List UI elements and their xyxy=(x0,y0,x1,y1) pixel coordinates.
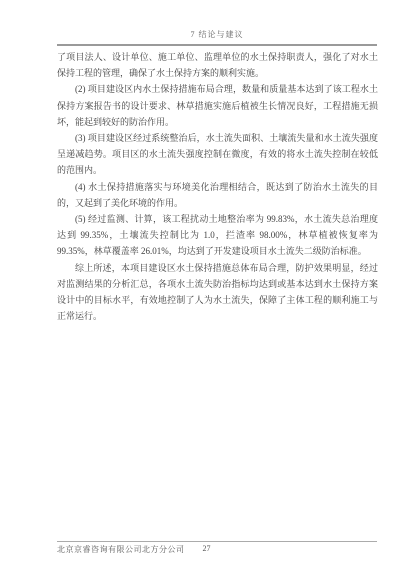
body-paragraph: 综上所述，本项目建设区水土保持措施总体布局合理，防护效果明显，经过对监测结果的分… xyxy=(57,260,378,325)
header-rule xyxy=(57,44,377,46)
document-page: 7 结论与建议 了项目法人、设计单位、施工单位、监理单位的水土保持职责人，强化了… xyxy=(0,0,413,584)
body-paragraph: (3) 项目建设区经过系统整治后，水土流失面积、土壤流失量和水土流失强度呈递减趋… xyxy=(57,130,378,179)
body-paragraph: 了项目法人、设计单位、施工单位、监理单位的水土保持职责人，强化了对水土保持工程的… xyxy=(57,49,378,81)
page-number: 27 xyxy=(0,544,413,553)
header-title: 7 结论与建议 xyxy=(57,29,377,40)
document-body: 了项目法人、设计单位、施工单位、监理单位的水土保持职责人，强化了对水土保持工程的… xyxy=(57,49,378,324)
body-paragraph: (2) 项目建设区内水土保持措施布局合理，数量和质量基本达到了该工程水土保持方案… xyxy=(57,81,378,130)
footer-rule xyxy=(57,541,377,542)
body-paragraph: (4) 水土保持措施落实与环境美化治理相结合，既达到了防治水土流失的目的，又起到… xyxy=(57,179,378,211)
body-paragraph: (5) 经过监测、计算，该工程扰动土地整治率为 99.83%，水土流失总治理度达… xyxy=(57,211,378,260)
